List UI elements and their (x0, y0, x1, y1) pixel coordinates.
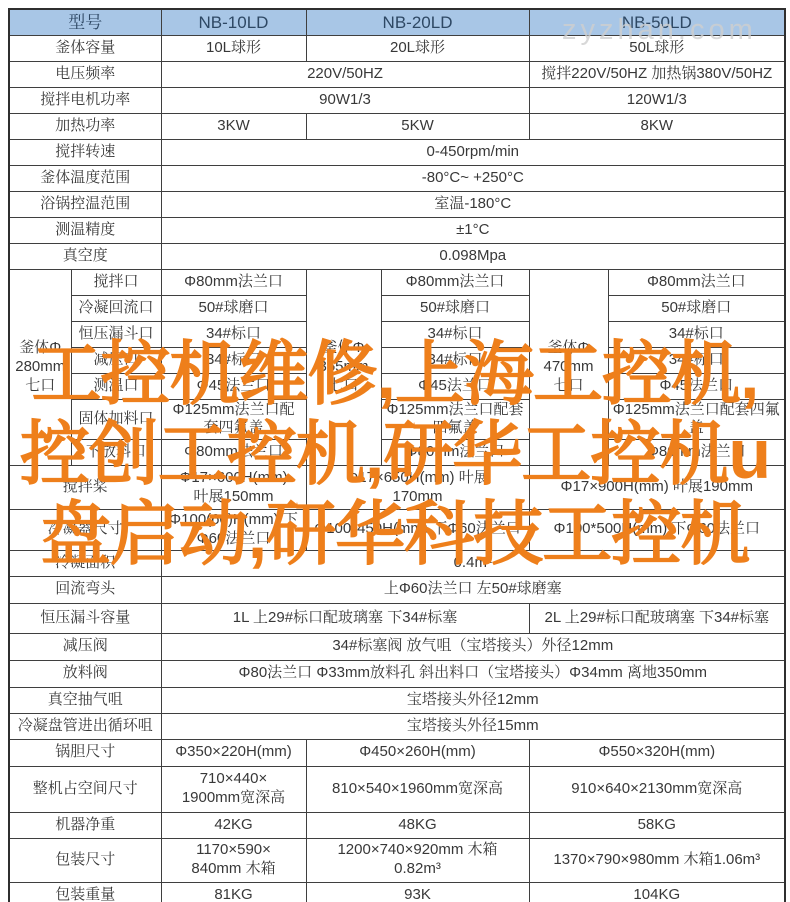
spec-value: Φ45法兰口 (608, 373, 785, 399)
row-port-solid-feed: 固体加料口 Φ125mm法兰口配 套四氟盖 Φ125mm法兰口配套 四氟盖 Φ1… (9, 399, 785, 440)
row-port-stir: 釜体Φ 280mm 七口 搅拌口 Φ80mm法兰口 釜体Φ 355mm 七口 Φ… (9, 269, 785, 295)
spec-value: 34#标口 (608, 347, 785, 373)
spec-value: 104KG (529, 882, 785, 902)
spec-value: Φ100*450H(mm) 下Φ60法兰口 (306, 510, 529, 551)
row-port-reflux: 冷凝回流口 50#球磨口 50#球磨口 50#球磨口 (9, 295, 785, 321)
row-condenser-size: 冷凝器尺寸 Φ100(60)H(mm) 下Φ60法兰口 Φ100*450H(mm… (9, 510, 785, 551)
row-stir-paddle: 搅拌桨 Φ17×600H(mm) 叶展150mm Φ17×650H(mm) 叶展… (9, 466, 785, 510)
port-name: 固体加料口 (71, 399, 161, 440)
row-net-weight: 机器净重 42KG 48KG 58KG (9, 812, 785, 838)
port-name: 搅拌口 (71, 269, 161, 295)
spec-value: 5KW (306, 113, 529, 139)
spec-value: 20L球形 (306, 35, 529, 61)
spec-value: Φ80mm法兰口 (381, 440, 529, 466)
spec-value: 50#球磨口 (608, 295, 785, 321)
row-discharge-valve: 放料阀 Φ80法兰口 Φ33mm放料孔 斜出料口（宝塔接头）Φ34mm 离地35… (9, 660, 785, 687)
row-label: 釜体容量 (9, 35, 161, 61)
port-name: 减压口 (71, 347, 161, 373)
spec-value: Φ17×600H(mm) 叶展150mm (161, 466, 306, 510)
row-temp-accuracy: 测温精度 ±1°C (9, 217, 785, 243)
product-spec-table: 型号 NB-10LD NB-20LD NB-50LD 釜体容量 10L球形 20… (8, 8, 786, 902)
spec-value: Φ17×900H(mm) 叶展190mm (529, 466, 785, 510)
spec-value: 50#球磨口 (161, 295, 306, 321)
spec-value: 910×640×2130mm宽深高 (529, 766, 785, 812)
row-label: 搅拌桨 (9, 466, 161, 510)
port-name: 冷凝回流口 (71, 295, 161, 321)
spec-value: 3KW (161, 113, 306, 139)
spec-value: 34#标口 (381, 321, 529, 347)
row-machine-size: 整机占空间尺寸 710×440× 1900mm宽深高 810×540×1960m… (9, 766, 785, 812)
spec-sheet-page: 型号 NB-10LD NB-20LD NB-50LD 釜体容量 10L球形 20… (0, 0, 790, 902)
spec-value: Φ80法兰口 Φ33mm放料孔 斜出料口（宝塔接头）Φ34mm 离地350mm (161, 660, 785, 687)
table-header-row: 型号 NB-10LD NB-20LD NB-50LD (9, 9, 785, 35)
spec-value: 搅拌220V/50HZ 加热锅380V/50HZ (529, 61, 785, 87)
row-label: 真空抽气咀 (9, 687, 161, 713)
spec-value: Φ45法兰口 (161, 373, 306, 399)
spec-value: 室温-180°C (161, 191, 785, 217)
spec-value: Φ80mm法兰口 (381, 269, 529, 295)
spec-value: 10L球形 (161, 35, 306, 61)
kettle-group-355: 釜体Φ 355mm 七口 (306, 269, 381, 466)
row-label: 真空度 (9, 243, 161, 269)
spec-value: Φ125mm法兰口配套 四氟盖 (381, 399, 529, 440)
spec-value: 58KG (529, 812, 785, 838)
row-port-pressure: 减压口 34#标口 34#标口 34#标口 (9, 347, 785, 373)
kettle-group-280: 釜体Φ 280mm 七口 (9, 269, 71, 466)
row-kettle-temp-range: 釜体温度范围 -80°C~ +250°C (9, 165, 785, 191)
spec-value: 34#标口 (608, 321, 785, 347)
row-label: 釜体温度范围 (9, 165, 161, 191)
spec-value: 81KG (161, 882, 306, 902)
model-nb10ld: NB-10LD (161, 9, 306, 35)
spec-value: 1L 上29#标口配玻璃塞 下34#标塞 (161, 603, 529, 633)
row-vacuum: 真空度 0.098Mpa (9, 243, 785, 269)
spec-value: Φ80mm法兰口 (161, 269, 306, 295)
spec-value: 0.098Mpa (161, 243, 785, 269)
row-label: 冷凝面积 (9, 550, 161, 576)
row-packing-weight: 包装重量 81KG 93K 104KG (9, 882, 785, 902)
spec-value: Φ125mm法兰口配 套四氟盖 (161, 399, 306, 440)
spec-value: Φ80mm法兰口 (161, 440, 306, 466)
spec-value: Φ125mm法兰口配套四氟 盖 (608, 399, 785, 440)
spec-value: Φ100*500H(mm) 下Φ60法兰口 (529, 510, 785, 551)
model-header-label: 型号 (9, 9, 161, 35)
spec-value: Φ450×260H(mm) (306, 739, 529, 766)
row-pressure-valve: 减压阀 34#标塞阀 放气咀（宝塔接头）外径12mm (9, 633, 785, 660)
spec-value: Φ45法兰口 (381, 373, 529, 399)
row-label: 搅拌转速 (9, 139, 161, 165)
spec-value: 1170×590× 840mm 木箱 (161, 838, 306, 882)
row-label: 机器净重 (9, 812, 161, 838)
row-capacity: 釜体容量 10L球形 20L球形 50L球形 (9, 35, 785, 61)
spec-value: Φ17×650H(mm) 叶展 170mm (306, 466, 529, 510)
spec-value: 34#标塞阀 放气咀（宝塔接头）外径12mm (161, 633, 785, 660)
spec-value: 宝塔接头外径12mm (161, 687, 785, 713)
row-label: 电压频率 (9, 61, 161, 87)
port-name: 下放料口 (71, 440, 161, 466)
spec-value: 宝塔接头外径15mm (161, 713, 785, 739)
spec-value: Φ80mm法兰口 (608, 440, 785, 466)
spec-value: 34#标口 (381, 347, 529, 373)
spec-value: 8KW (529, 113, 785, 139)
row-label: 包装重量 (9, 882, 161, 902)
spec-value: Φ350×220H(mm) (161, 739, 306, 766)
port-name: 恒压漏斗口 (71, 321, 161, 347)
row-funnel-capacity: 恒压漏斗容量 1L 上29#标口配玻璃塞 下34#标塞 2L 上29#标口配玻璃… (9, 603, 785, 633)
row-label: 放料阀 (9, 660, 161, 687)
row-label: 浴锅控温范围 (9, 191, 161, 217)
row-port-temp: 测温口 Φ45法兰口 Φ45法兰口 Φ45法兰口 (9, 373, 785, 399)
spec-value: 2L 上29#标口配玻璃塞 下34#标塞 (529, 603, 785, 633)
row-label: 搅拌电机功率 (9, 87, 161, 113)
row-label: 测温精度 (9, 217, 161, 243)
row-packing-size: 包装尺寸 1170×590× 840mm 木箱 1200×740×920mm 木… (9, 838, 785, 882)
row-label: 回流弯头 (9, 576, 161, 603)
spec-value: 93K (306, 882, 529, 902)
spec-value: 90W1/3 (161, 87, 529, 113)
spec-value: 0-450rpm/min (161, 139, 785, 165)
row-stir-motor-power: 搅拌电机功率 90W1/3 120W1/3 (9, 87, 785, 113)
row-reflux-elbow: 回流弯头 上Φ60法兰口 左50#球磨塞 (9, 576, 785, 603)
port-name: 测温口 (71, 373, 161, 399)
row-coil-nozzle: 冷凝盘管进出循环咀 宝塔接头外径15mm (9, 713, 785, 739)
spec-value: 34#标口 (161, 347, 306, 373)
row-vacuum-nozzle: 真空抽气咀 宝塔接头外径12mm (9, 687, 785, 713)
spec-value: 710×440× 1900mm宽深高 (161, 766, 306, 812)
kettle-group-470: 釜体Φ 470mm 七口 (529, 269, 608, 466)
row-condenser-area: 冷凝面积 0.4m² (9, 550, 785, 576)
spec-value: 上Φ60法兰口 左50#球磨塞 (161, 576, 785, 603)
row-pot-size: 锅胆尺寸 Φ350×220H(mm) Φ450×260H(mm) Φ550×32… (9, 739, 785, 766)
spec-value: 1200×740×920mm 木箱 0.82m³ (306, 838, 529, 882)
spec-value: -80°C~ +250°C (161, 165, 785, 191)
model-nb20ld: NB-20LD (306, 9, 529, 35)
spec-value: 810×540×1960mm宽深高 (306, 766, 529, 812)
row-label: 整机占空间尺寸 (9, 766, 161, 812)
row-port-discharge: 下放料口 Φ80mm法兰口 Φ80mm法兰口 Φ80mm法兰口 (9, 440, 785, 466)
row-port-funnel: 恒压漏斗口 34#标口 34#标口 34#标口 (9, 321, 785, 347)
spec-value: Φ550×320H(mm) (529, 739, 785, 766)
spec-value: 120W1/3 (529, 87, 785, 113)
spec-value: 0.4m² (161, 550, 785, 576)
spec-value: 220V/50HZ (161, 61, 529, 87)
row-bath-temp-range: 浴锅控温范围 室温-180°C (9, 191, 785, 217)
spec-value: 50#球磨口 (381, 295, 529, 321)
row-label: 加热功率 (9, 113, 161, 139)
row-heating-power: 加热功率 3KW 5KW 8KW (9, 113, 785, 139)
model-nb50ld: NB-50LD (529, 9, 785, 35)
row-voltage: 电压频率 220V/50HZ 搅拌220V/50HZ 加热锅380V/50HZ (9, 61, 785, 87)
row-stir-speed: 搅拌转速 0-450rpm/min (9, 139, 785, 165)
spec-value: Φ100(60)H(mm) 下Φ60法兰口 (161, 510, 306, 551)
row-label: 冷凝盘管进出循环咀 (9, 713, 161, 739)
spec-value: 48KG (306, 812, 529, 838)
spec-value: 50L球形 (529, 35, 785, 61)
spec-value: 42KG (161, 812, 306, 838)
row-label: 减压阀 (9, 633, 161, 660)
spec-value: 1370×790×980mm 木箱1.06m³ (529, 838, 785, 882)
row-label: 冷凝器尺寸 (9, 510, 161, 551)
spec-value: Φ80mm法兰口 (608, 269, 785, 295)
row-label: 恒压漏斗容量 (9, 603, 161, 633)
row-label: 包装尺寸 (9, 838, 161, 882)
spec-value: ±1°C (161, 217, 785, 243)
row-label: 锅胆尺寸 (9, 739, 161, 766)
spec-value: 34#标口 (161, 321, 306, 347)
